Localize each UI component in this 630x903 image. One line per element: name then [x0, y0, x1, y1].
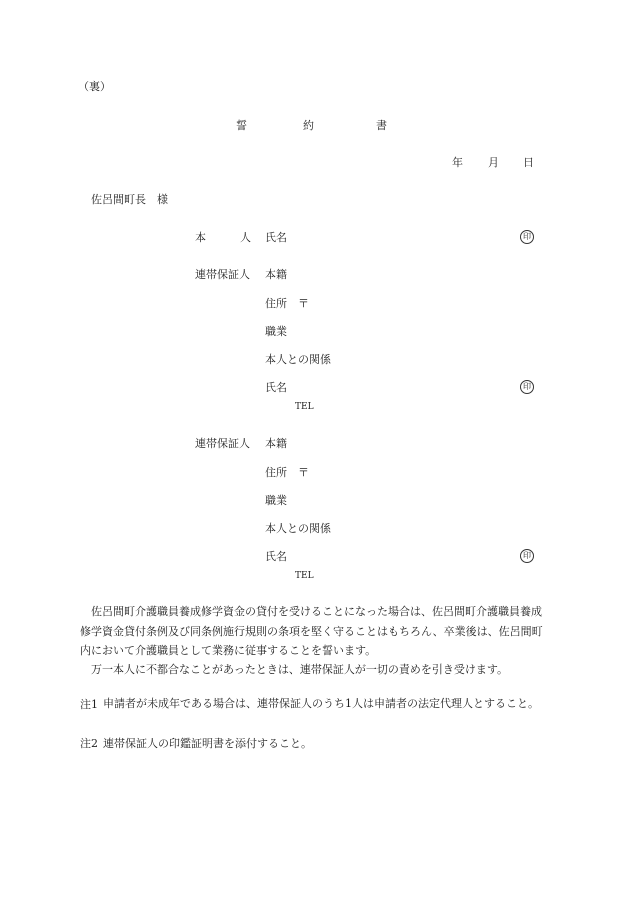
- date-year: 年: [452, 156, 463, 170]
- date-day: 日: [523, 156, 534, 170]
- date-month: 月: [488, 156, 499, 170]
- guarantor-1-name-label: 氏名: [265, 381, 287, 395]
- body-paragraph-2: 万一本人に不都合なことがあったときは、連帯保証人が一切の責めを引き受けます。: [80, 660, 552, 680]
- title-char-2: 約: [303, 119, 314, 133]
- guarantor-1-tel: TEL: [295, 400, 314, 414]
- title-char-1: 誓: [236, 119, 247, 133]
- note-1-label: 注1: [80, 698, 98, 712]
- title-char-3: 書: [376, 119, 387, 133]
- note-2-text: 連帯保証人の印鑑証明書を添付すること。: [103, 737, 312, 751]
- note-2-label: 注2: [80, 737, 98, 751]
- guarantor-1-address: 住所 〒: [265, 297, 309, 311]
- note-1-text: 申請者が未成年である場合は、連帯保証人のうち1人は申請者の法定代理人とすること。: [103, 694, 552, 713]
- guarantor-2-domicile: 本籍: [265, 437, 287, 451]
- seal-icon: 印: [520, 380, 534, 394]
- guarantor-2-occupation: 職業: [265, 494, 287, 508]
- addressee: 佐呂間町長 様: [91, 193, 168, 207]
- guarantor-2-label: 連帯保証人: [195, 437, 250, 451]
- principal-label-left: 本: [195, 231, 206, 245]
- guarantor-1-label: 連帯保証人: [195, 268, 250, 282]
- guarantor-2-relationship: 本人との関係: [265, 522, 331, 536]
- principal-label-right: 人: [240, 231, 251, 245]
- guarantor-2-tel: TEL: [295, 569, 314, 583]
- guarantor-1-relationship: 本人との関係: [265, 353, 331, 367]
- guarantor-1-domicile: 本籍: [265, 268, 287, 282]
- guarantor-1-occupation: 職業: [265, 325, 287, 339]
- seal-icon: 印: [520, 230, 534, 244]
- body-paragraph-1: 佐呂間町介護職員養成修学資金の貸付を受けることになった場合は、佐呂間町介護職員養…: [80, 602, 552, 661]
- guarantor-2-name-label: 氏名: [265, 550, 287, 564]
- principal-name-label: 氏名: [265, 231, 287, 245]
- guarantor-2-address: 住所 〒: [265, 466, 309, 480]
- seal-icon: 印: [520, 549, 534, 563]
- side-label: （裏）: [78, 80, 111, 94]
